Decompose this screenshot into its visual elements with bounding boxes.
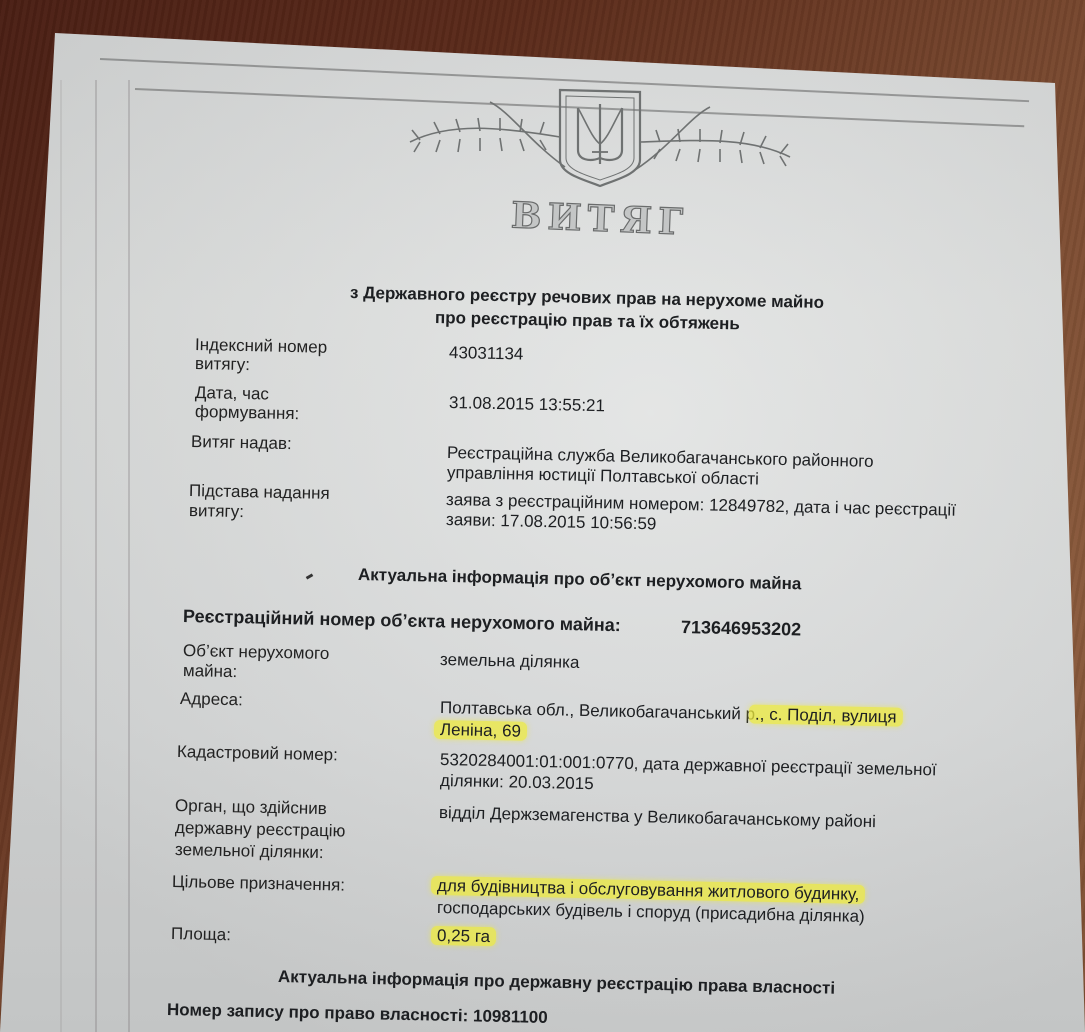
purpose-label: Цільове призначення: — [172, 872, 345, 896]
document-subtitle: про реєстрацію прав та їх обтяжень — [435, 308, 740, 334]
address-label: Адреса: — [180, 689, 243, 710]
highlighted-area: 0,25 га — [431, 926, 496, 946]
address-part: Полтавська обл., Великобагачанський р — [440, 698, 755, 724]
authority-label: Орган, що здійснив — [175, 796, 327, 819]
address-value: Леніна, 69 — [440, 720, 521, 742]
authority-label: земельної ділянки: — [175, 840, 324, 863]
ownership-record: Номер запису про право власності: 109811… — [167, 1000, 548, 1028]
ownership-section-heading: Актуальна інформація про державну реєстр… — [278, 967, 835, 999]
issued-by-label: Витяг надав: — [191, 432, 292, 454]
cadastral-number-value: ділянки: 20.03.2015 — [440, 771, 594, 794]
index-number-label: витягу: — [195, 354, 250, 375]
document-subtitle: з Державного реєстру речових прав на нер… — [350, 283, 824, 313]
authority-label: державну реєстрацію — [175, 818, 346, 842]
highlighted-address: Леніна, 69 — [434, 720, 527, 741]
highlighted-address: ., с. Поділ, вулиця — [749, 704, 903, 726]
area-label: Площа: — [171, 924, 231, 945]
area-value: 0,25 га — [437, 926, 491, 947]
basis-value: заяви: 17.08.2015 10:56:59 — [446, 510, 657, 534]
ownership-record-value: 10981100 — [473, 1006, 548, 1027]
ownership-record-label: Номер запису про право власності: — [167, 1000, 469, 1025]
authority-value: відділ Держземагенства у Великобагачансь… — [439, 803, 876, 832]
basis-label: витягу: — [189, 501, 244, 522]
object-type-label: майна: — [183, 661, 238, 682]
formation-date-value: 31.08.2015 13:55:21 — [449, 393, 605, 416]
object-type-value: земельна ділянка — [440, 650, 580, 673]
object-reg-number-label: Реєстраційний номер об’єкта нерухомого м… — [183, 606, 621, 636]
object-reg-number-value: 713646953202 — [681, 617, 802, 641]
document-body: з Державного реєстру речових прав на нер… — [0, 0, 1085, 1032]
pen-mark — [306, 573, 314, 579]
object-section-heading: Актуальна інформація про об’єкт нерухомо… — [358, 565, 802, 594]
formation-date-label: формування: — [195, 402, 300, 424]
cadastral-number-label: Кадастровий номер: — [177, 742, 338, 765]
index-number-value: 43031134 — [449, 343, 524, 365]
